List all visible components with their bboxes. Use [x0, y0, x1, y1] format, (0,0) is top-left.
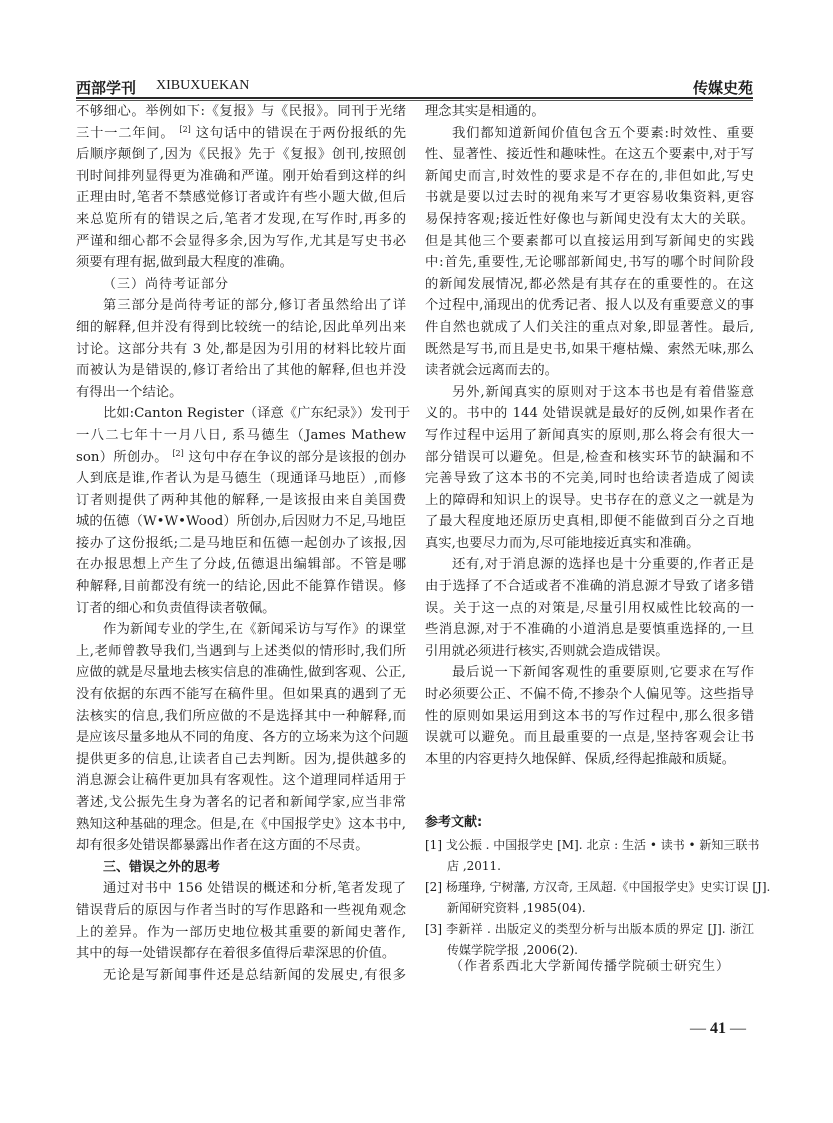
text-line: 不够细心。举例如下:《复报》与《民报》。同刊于光绪 — [76, 101, 406, 123]
text-line: son）所创办。 [2] 这句中存在争议的部分是该报的创办 — [76, 447, 406, 469]
text-line: 完善导致了这本书的不完美,同时也给读者造成了阅读 — [425, 468, 754, 490]
journal-title-en: XIBUXUEKAN — [156, 78, 249, 94]
text-line: 个过程中,涌现出的优秀记者、报人以及有重要意义的事 — [425, 295, 754, 317]
text-line: 熟知这种基础的理念。但是,在《中国报学史》这本书中, — [76, 814, 406, 836]
text-line: 新闻史而言,时效性的要求是不存在的,非但如此,写史 — [425, 166, 754, 188]
text-line: 比如:Canton Register（译意《广东纪录》）发刊于 — [76, 403, 406, 425]
text-line: 上的差异。作为一部历史地位极其重要的新闻史著作, — [76, 922, 406, 944]
references: 参考文献: [1] 戈公振 . 中国报学史 [M]. 北京 : 生活 • 读书 … — [425, 811, 754, 961]
text-line: 人到底是谁,作者认为是马德生（现通译马地臣）,而修 — [76, 468, 406, 490]
text-line: 但是其他三个要素都可以直接运用到写新闻史的实践 — [425, 231, 754, 253]
left-column: 不够细心。举例如下:《复报》与《民报》。同刊于光绪 三十一二年间。 [2] 这句… — [76, 101, 406, 986]
text-line: 的新闻发展情况,都必然是有其存在的重要性的。在这 — [425, 274, 754, 296]
text-line: 最后说一下新闻客观性的重要原则,它要求在写作 — [425, 662, 754, 684]
header-rule-thick — [76, 97, 753, 99]
text-line: 是应该尽量多地从不同的角度、各方的立场来为这个问题 — [76, 727, 406, 749]
text-line: 在办报思想上产生了分歧,伍德退出编辑部。不管是哪 — [76, 554, 406, 576]
text-line: 易保持客观;接近性好像也与新闻史没有太大的关联。 — [425, 209, 754, 231]
text-line: 还有,对于消息源的选择也是十分重要的,作者正是 — [425, 554, 754, 576]
section-heading-3: 三、错误之外的思考 — [76, 857, 406, 879]
text-line: 有得出一个结论。 — [76, 382, 406, 404]
text-line: 严谨和细心都不会显得多余,因为写作,尤其是写史书必 — [76, 231, 406, 253]
text-line: 消息源会让稿件更加具有客观性。这个道理同样适用于 — [76, 770, 406, 792]
text-line: 却有很多处错误都暴露出作者在这方面的不尽责。 — [76, 835, 406, 857]
text-line: 既然是写书,而且是史书,如果干瘪枯燥、索然无味,那么 — [425, 339, 754, 361]
text-line: 接办了这份报纸;二是马地臣和伍德一起创办了该报,因 — [76, 533, 406, 555]
text-line: 上,老师曾教导我们,当遇到与上述类似的情形时,我们所 — [76, 641, 406, 663]
text-line: 本里的内容更持久地保鲜、保质,经得起推敲和质疑。 — [425, 749, 754, 771]
text-line: 写作过程中运用了新闻真实的原则,那么将会有很大一 — [425, 425, 754, 447]
text-line: 时必须要公正、不偏不倚,不掺杂个人偏见等。这些指导 — [425, 684, 754, 706]
text-line: 误就可以避免。而且最重要的一点是,坚持客观会让书 — [425, 727, 754, 749]
text-line: 中:首先,重要性,无论哪部新闻史,书写的哪个时间阶段 — [425, 252, 754, 274]
text-line: 三十一二年间。 [2] 这句话中的错误在于两份报纸的先 — [76, 123, 406, 145]
text-line: 须要有理有据,做到最大程度的准确。 — [76, 252, 406, 274]
text-line: 讨论。这部分共有 3 处,都是因为引用的材料比较片面 — [76, 339, 406, 361]
text-line: 著述,戈公振先生身为著名的记者和新闻学家,应当非常 — [76, 792, 406, 814]
text-line: 订者的细心和负责值得读者敬佩。 — [76, 598, 406, 620]
text-line: 提供更多的信息,让读者自己去判断。因为,提供越多的 — [76, 749, 406, 771]
reference-item: [3] 李新祥 . 出版定义的类型分析与出版本质的界定 [J]. 浙江 — [425, 919, 754, 940]
citation-marker: [2] — [179, 125, 190, 134]
text-line: 性、显著性、接近性和趣味性。在这五个要素中,对于写 — [425, 144, 754, 166]
reference-item: [1] 戈公振 . 中国报学史 [M]. 北京 : 生活 • 读书 • 新知三联… — [425, 835, 754, 856]
text-line: 错误背后的原因与作者当时的写作思路和一些视角观念 — [76, 900, 406, 922]
reference-item-cont: 店 ,2011. — [425, 856, 754, 877]
reference-item: [2] 杨瑾琤, 宁树藩, 方汉奇, 王凤超.《中国报学史》史实订误 [J]. — [425, 877, 754, 898]
reference-item-cont: 新闻研究资料 ,1985(04). — [425, 898, 754, 919]
text-line: 法核实的信息,我们所应做的不是选择其中一种解释,而 — [76, 706, 406, 728]
text-line: 由于选择了不合适或者不准确的消息源才导致了诸多错 — [425, 576, 754, 598]
text-line: 我们都知道新闻价值包含五个要素:时效性、重要 — [425, 123, 754, 145]
text-line: 书就是要以过去时的视角来写才更容易收集资料,更容 — [425, 187, 754, 209]
text-line: 引用就必须进行核实,否则就会造成错误。 — [425, 641, 754, 663]
text-line: 应做的就是尽量地去核实信息的准确性,做到客观、公正, — [76, 662, 406, 684]
text-line: 了最大程度地还原历史真相,即便不能做到百分之百地 — [425, 511, 754, 533]
text-line: 没有依据的东西不能写在稿件里。但如果真的遇到了无 — [76, 684, 406, 706]
text-line: 无论是写新闻事件还是总结新闻的发展史,有很多 — [76, 965, 406, 987]
text-line: 种解释,目前都没有统一的结论,因此不能算作错误。修 — [76, 576, 406, 598]
text-line: 而被认为是错误的,修订者给出了其他的解释,但也并没 — [76, 360, 406, 382]
text-line: 订者则提供了两种其他的解释,一是该报由来自美国费 — [76, 490, 406, 512]
subheading-pending: （三）尚待考证部分 — [76, 274, 406, 296]
text-line: 一八二七年十一月八日, 系马德生（James Mathew — [76, 425, 406, 447]
text-line: 件自然也就成了人们关注的重点对象,即显著性。最后, — [425, 317, 754, 339]
text-line: 第三部分是尚待考证的部分,修订者虽然给出了详 — [76, 295, 406, 317]
text-line: 读者就会远离而去的。 — [425, 360, 754, 382]
text-line: 部分错误可以避免。但是,检查和核实环节的缺漏和不 — [425, 447, 754, 469]
section-name: 传媒史苑 — [693, 77, 753, 98]
text-line: 后顺序颠倒了,因为《民报》先于《复报》创刊,按照创 — [76, 144, 406, 166]
text-line: 真实,也要尽力而为,尽可能地接近真实和准确。 — [425, 533, 754, 555]
text-line: 城的伍德（W•W•Wood）所创办,后因财力不足,马地臣 — [76, 511, 406, 533]
text-line: 细的解释,但并没有得到比较统一的结论,因此单列出来 — [76, 317, 406, 339]
citation-marker: [2] — [172, 449, 183, 458]
text-line: 些消息源,对于不准确的小道消息是要慎重选择的,一旦 — [425, 619, 754, 641]
text-line: 理念其实是相通的。 — [425, 101, 754, 123]
text-line: 作为新闻专业的学生,在《新闻采访与写作》的课堂 — [76, 619, 406, 641]
text-line: 通过对书中 156 处错误的概述和分析,笔者发现了 — [76, 878, 406, 900]
text-line: 上的障碍和知识上的误导。史书存在的意义之一就是为 — [425, 490, 754, 512]
text-line: 另外,新闻真实的原则对于这本书也是有着借鉴意 — [425, 382, 754, 404]
running-header: 西部学刊 XIBUXUEKAN 传媒史苑 — [76, 76, 753, 98]
text-line: 刊时间排列显得更为准确和严谨。刚开始看到这样的纠 — [76, 166, 406, 188]
text-line: 来总览所有的错误之后,笔者才发现,在写作时,再多的 — [76, 209, 406, 231]
author-note: （作者系西北大学新闻传播学院硕士研究生） — [450, 955, 730, 974]
right-column: 理念其实是相通的。 我们都知道新闻价值包含五个要素:时效性、重要 性、显著性、接… — [425, 101, 754, 770]
journal-title-cn: 西部学刊 — [76, 77, 136, 98]
text-line: 正理由时,笔者不禁感觉修订者或许有些小题大做,但后 — [76, 187, 406, 209]
text-line: 义的。书中的 144 处错误就是最好的反例,如果作者在 — [425, 403, 754, 425]
references-title: 参考文献: — [425, 811, 754, 835]
text-line: 其中的每一处错误都存在着很多值得后辈深思的价值。 — [76, 943, 406, 965]
text-line: 性的原则如果运用到这本书的写作过程中,那么很多错 — [425, 706, 754, 728]
page-number: — 41 — — [690, 1020, 746, 1038]
text-line: 误。关于这一点的对策是,尽量引用权威性比较高的一 — [425, 598, 754, 620]
